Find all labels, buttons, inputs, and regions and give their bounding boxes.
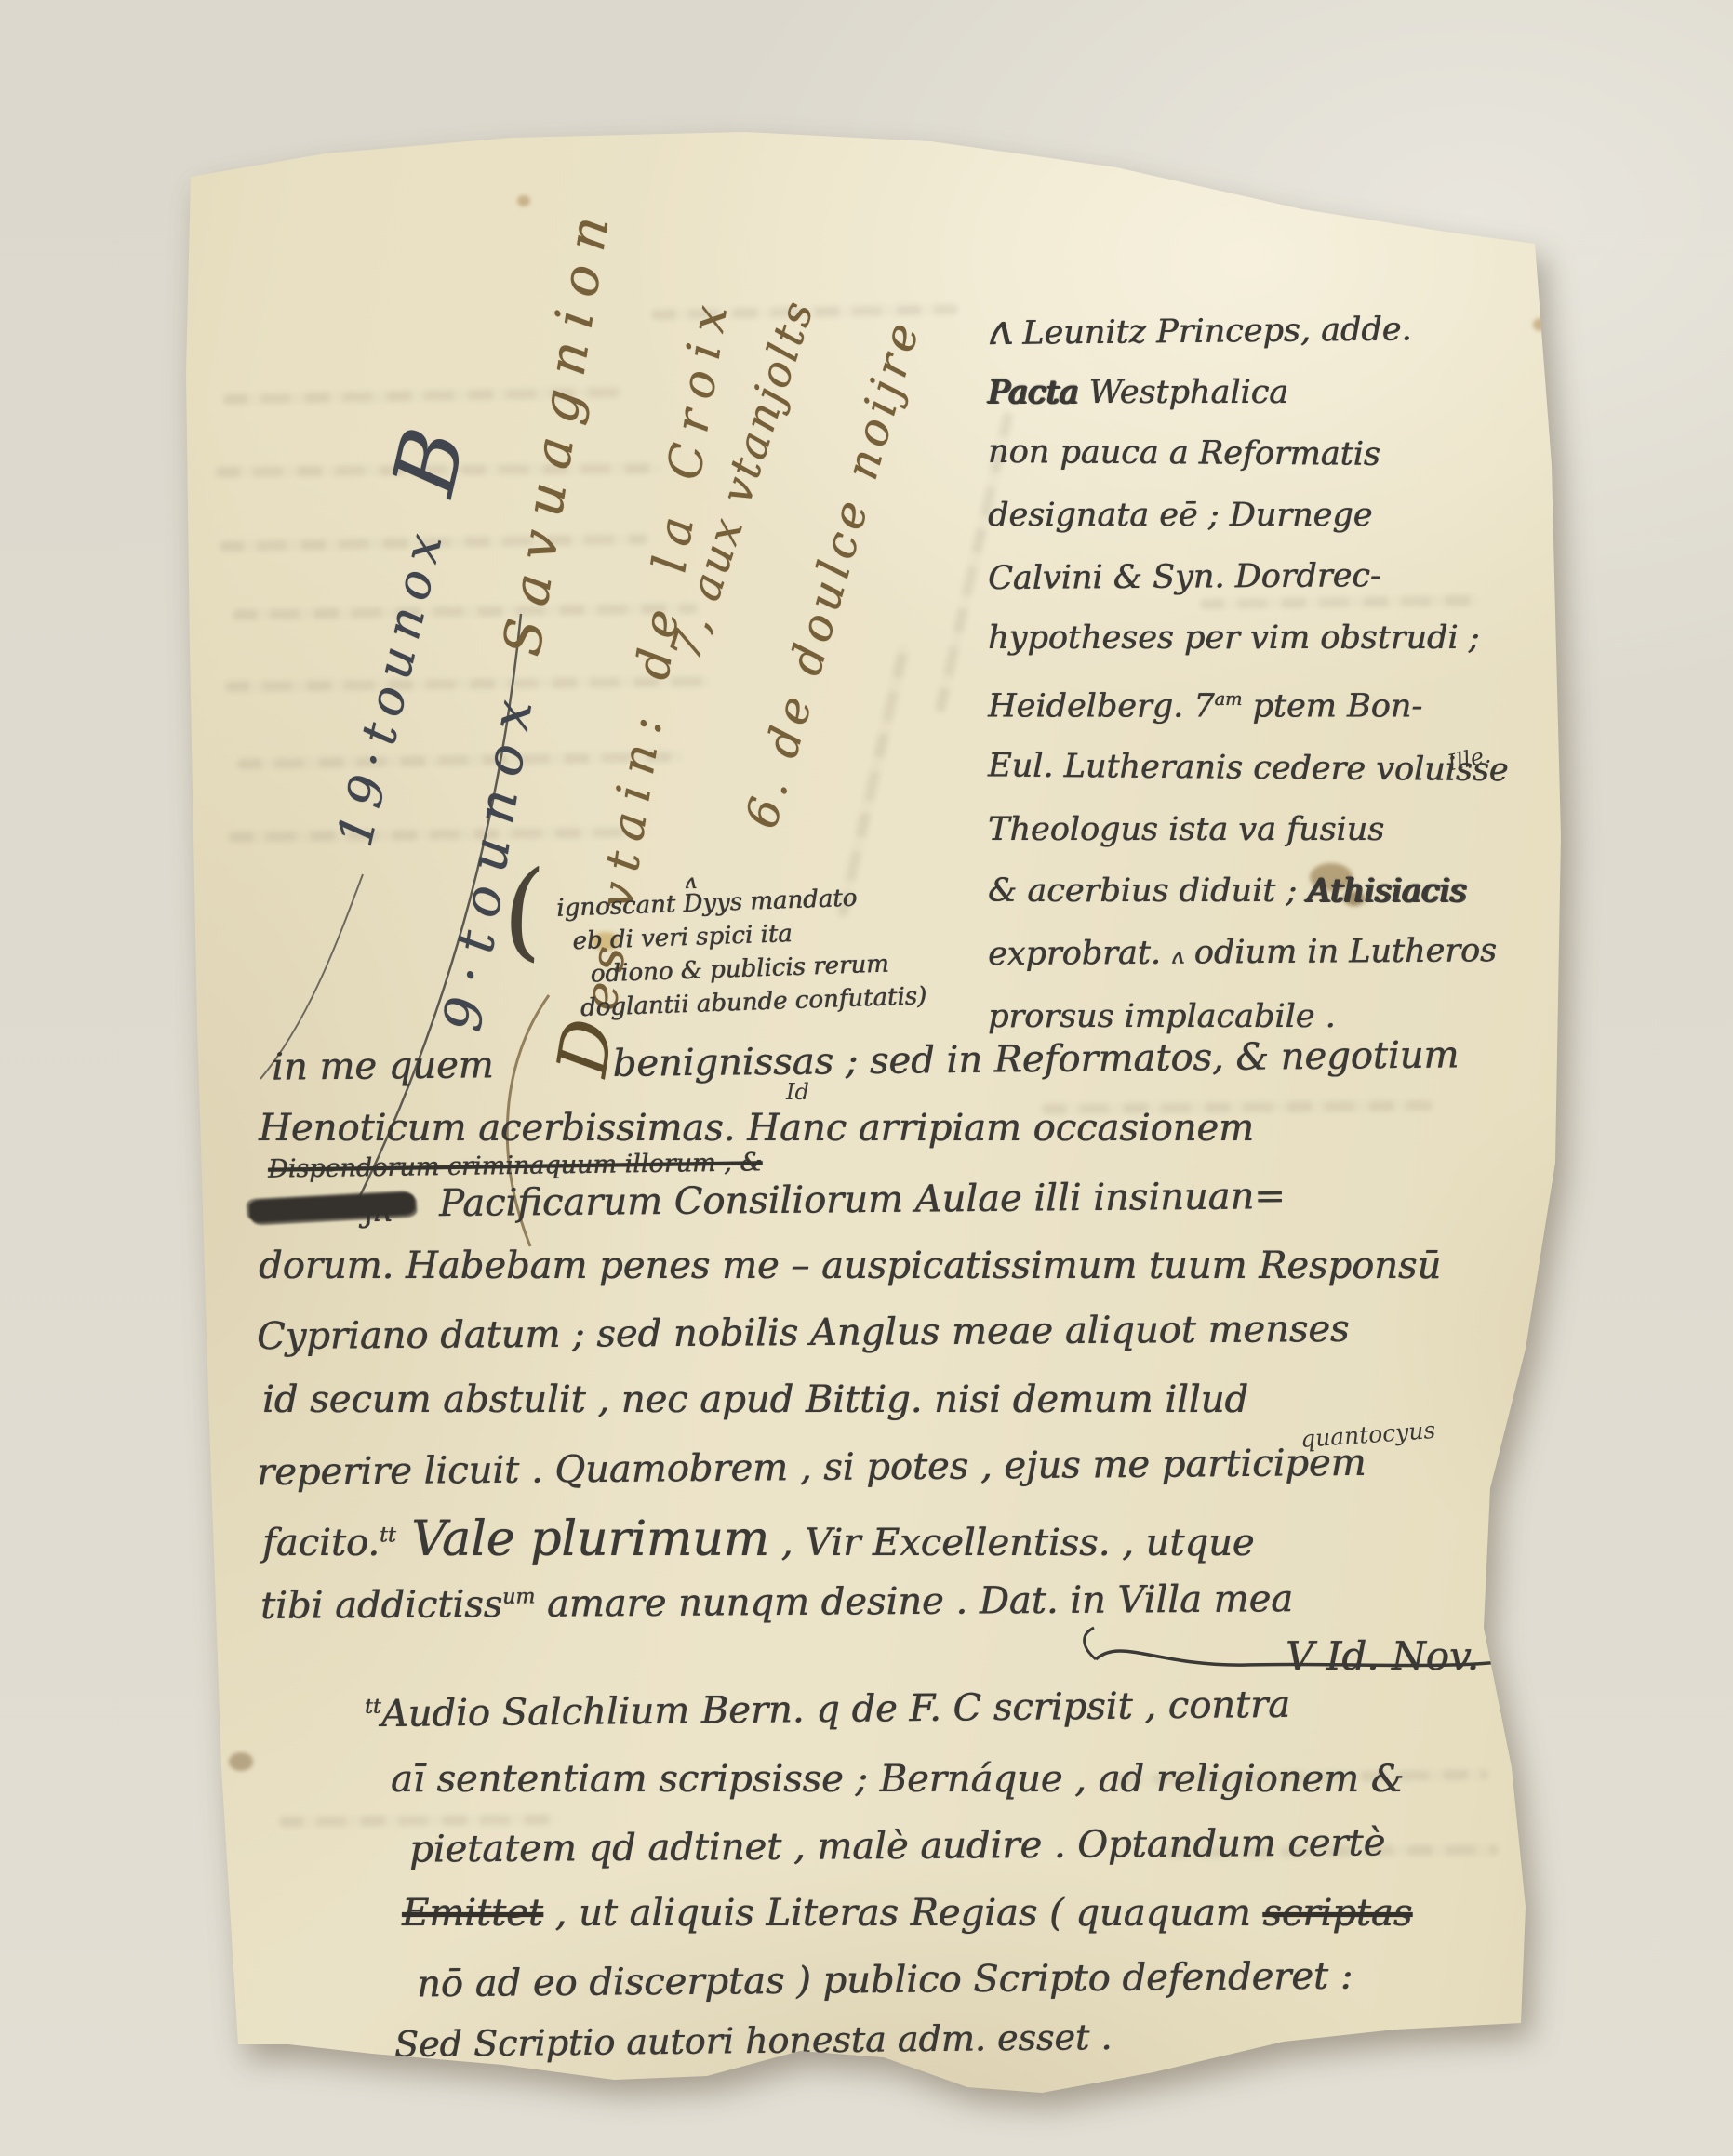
body-line: Cypriano datum ; sed nobilis Anglus meae… — [257, 1308, 1350, 1358]
foxing-spot — [229, 1752, 253, 1771]
postscript-line: pietatem qd adtinet , malè audire . Opta… — [409, 1821, 1386, 1870]
inserted-note: ignoscant Dyys mandato eb di veri spici … — [556, 879, 927, 1026]
body-line-text: amare nunqm desine . Dat. in Villa mea — [535, 1577, 1293, 1626]
right-column-line: ʌ Leunitz Princeps, adde. — [988, 293, 1547, 365]
diagonal-note-1-letter: B — [374, 419, 485, 503]
reference-mark: tt — [380, 1524, 396, 1548]
body-line: Pacificarum Consiliorum Aulae illi insin… — [249, 1175, 1286, 1227]
right-column-line: Pacta Westphalica — [988, 362, 1546, 423]
struck-interline: Dispendorum criminaquum illorum , & — [268, 1148, 763, 1183]
manuscript-paper: u d ii 19·tounoxB 9·tounox Savuagnion De… — [0, 0, 1733, 2156]
reference-mark: tt — [365, 1696, 381, 1719]
right-column-line-text: Westphalica — [1078, 374, 1288, 411]
postscript-line: Sed Scriptio autori honesta adm. esset . — [394, 2016, 1113, 2065]
right-column-line-text: ptem Bon- — [1242, 688, 1422, 725]
postscript-line-text: , ut aliquis Literas Regias ( quaquam — [543, 1892, 1263, 1935]
overwritten-word: Pacta — [988, 374, 1078, 411]
body-line: Henoticum acerbissimas. Hanc arripiam oc… — [259, 1107, 1254, 1150]
right-column-line: Heidelberg. 7am ptem Bon- — [988, 669, 1546, 738]
overwritten-word: Athisiacis — [1307, 872, 1466, 910]
body-line: reperire licuit . Quamobrem , si potes ,… — [257, 1442, 1366, 1494]
postscript-line: ttAudio Salchlium Bern. q de F. C scrips… — [365, 1684, 1290, 1736]
dateline: V Id. Nov. 1723. — [1286, 1633, 1604, 1679]
right-column-line-text: & acerbius diduit ; — [988, 872, 1307, 910]
struck-word: scriptas — [1262, 1892, 1412, 1935]
interlinear-superscript: Id — [786, 1079, 809, 1105]
body-line-text: benignissas ; sed in Reformatos, & negot… — [612, 1033, 1459, 1085]
bleed-through-streak — [279, 1815, 558, 1828]
struck-word: Emittet — [402, 1892, 543, 1935]
bleed-through-streak — [837, 644, 910, 918]
postscript-line-text: Audio Salchlium Bern. q de F. C scripsit… — [380, 1684, 1290, 1736]
foxing-spot — [517, 195, 530, 206]
superscript-abbreviation: am — [1215, 688, 1243, 710]
vale-flourish-text: Vale plurimum — [396, 1511, 769, 1567]
right-column-line-text: odium in Lutheros — [1194, 932, 1498, 971]
body-line-text: tibi addictiss — [260, 1583, 502, 1628]
body-line-text: , Vir Excellentiss. , utque — [769, 1522, 1254, 1564]
body-line: dorum. Habebam penes me – auspicatissimu… — [259, 1244, 1441, 1287]
body-line-text: facito. — [262, 1522, 380, 1564]
right-column-line: designata eē ; Durnege — [988, 485, 1546, 546]
body-line-text: Pacificarum Consiliorum Aulae illi insin… — [439, 1175, 1286, 1225]
postscript-line: nō ad eo discerptas ) publico Scripto de… — [417, 1955, 1353, 2006]
right-column-line-text: Heidelberg. 7 — [988, 688, 1215, 725]
pen-gap — [494, 1076, 613, 1077]
ink-blot-deletion — [249, 1191, 416, 1222]
caret-mark: ʌ — [988, 304, 1013, 354]
superscript-abbreviation: um — [502, 1585, 535, 1608]
corner-shelfmark-note: u d ii — [133, 60, 194, 138]
body-line: id secum abstulit , nec apud Bittig. nis… — [262, 1378, 1248, 1421]
body-line-text: in me quem — [272, 1044, 494, 1088]
body-line: tibi addictissum amare nunqm desine . Da… — [260, 1577, 1293, 1628]
right-column-line: non pauca a Reformatis — [988, 421, 1546, 486]
postscript-line: aī sententiam scripsisse ; Bernáque , ad… — [391, 1758, 1404, 1801]
right-column-line: exprobrat. ʌ odium in Lutheros — [988, 920, 1546, 988]
postscript-line: Emittet , ut aliquis Literas Regias ( qu… — [402, 1892, 1412, 1935]
right-column-line: Calvini & Syn. Dordrec- — [988, 544, 1546, 609]
body-line: facito.tt Vale plurimum , Vir Excellenti… — [262, 1511, 1254, 1567]
caret-mark: ʌ — [1171, 942, 1184, 968]
right-column-text: ʌ Leunitz Princeps, adde. Pacta Westphal… — [988, 296, 1546, 1047]
right-column-line: hypotheses per vim obstrudi ; — [988, 607, 1546, 669]
right-column-line: Theologus ista va fusius — [988, 799, 1546, 860]
right-column-line-text: Leunitz Princeps, adde. — [1022, 311, 1412, 352]
right-column-line-text: exprobrat. — [988, 934, 1161, 972]
right-column-line: & acerbius diduit ; Athisiacis — [988, 860, 1546, 922]
scanned-photo-backdrop: u d ii 19·tounoxB 9·tounox Savuagnion De… — [0, 0, 1733, 2156]
paper-shadow-wrap: u d ii 19·tounoxB 9·tounox Savuagnion De… — [0, 0, 1733, 2156]
